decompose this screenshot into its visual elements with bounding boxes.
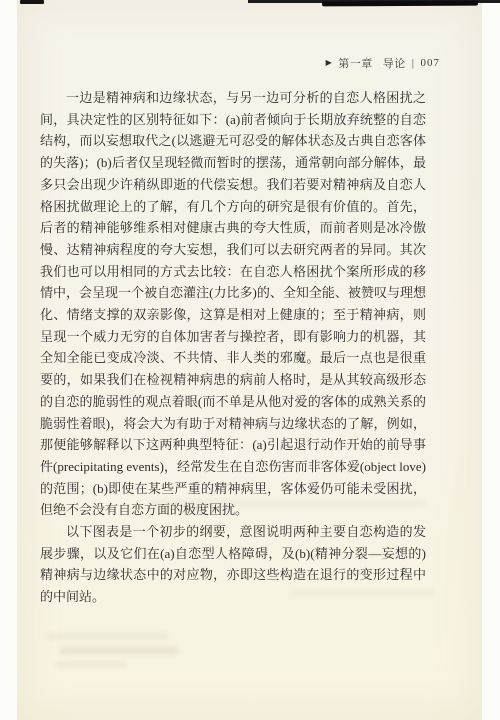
scan-artifact-top-right [322, 1, 478, 7]
body-text: 一边是精神病和边缘状态，与另一边可分析的自恋人格困扰之间，具决定性的区别特征如下… [40, 87, 426, 608]
chapter-marker-icon: ▶ [326, 58, 333, 67]
section-label: 导论 [383, 55, 406, 71]
header-divider: | [412, 57, 415, 69]
ink-bleed-smudge [55, 661, 127, 668]
running-header: ▶ 第一章 导论 | 007 [326, 55, 440, 71]
ink-bleed-smudge [290, 589, 435, 597]
scan-artifact-top-left [20, 0, 44, 4]
ink-bleed-smudge [150, 499, 425, 507]
ink-bleed-smudge [46, 633, 168, 640]
page-number: 007 [421, 57, 441, 69]
scanned-book-page: ▶ 第一章 导论 | 007 一边是精神病和边缘状态，与另一边可分析的自恋人格困… [0, 0, 500, 720]
paragraph-1: 一边是精神病和边缘状态，与另一边可分析的自恋人格困扰之间，具决定性的区别特征如下… [40, 87, 426, 521]
ink-bleed-smudge [60, 646, 178, 655]
chapter-label: 第一章 [338, 55, 373, 71]
